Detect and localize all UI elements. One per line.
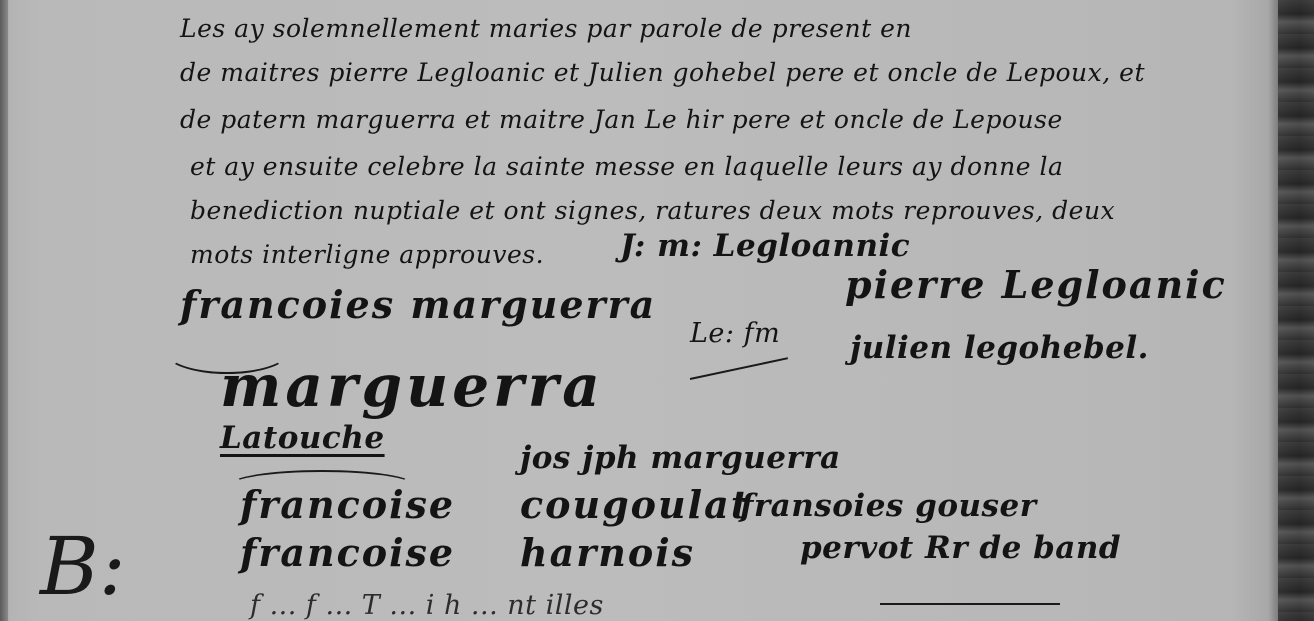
signature-harnois: harnois: [520, 530, 695, 575]
record-line-6: mots interligne approuves.: [190, 240, 544, 269]
signature-pierre-legloanic: pierre Legloanic: [845, 262, 1227, 307]
signature-jos-marguerra: jos jph marguerra: [520, 440, 841, 476]
signature-pervot: pervot Rr de band: [800, 530, 1121, 566]
signature-cougoulat: cougoulat: [520, 482, 750, 527]
signature-latouche: Latouche: [220, 420, 385, 456]
signature-julien-legohebel: julien legohebel.: [850, 330, 1149, 366]
flourish-francoies: [165, 330, 289, 374]
record-line-2: de maitres pierre Legloanic et Julien go…: [180, 58, 1145, 87]
signature-fransoies-gouser: fransoies gouser: [740, 488, 1037, 524]
margin-mark: B:: [40, 520, 126, 613]
bottom-underline-stroke: [880, 603, 1060, 605]
record-line-1: Les ay solemnellement maries par parole …: [180, 14, 912, 43]
manuscript-page: Les ay solemnellement maries par parole …: [0, 0, 1314, 621]
signature-francoise-2: francoise: [240, 530, 455, 575]
record-line-3: de patern marguerra et maitre Jan Le hir…: [180, 105, 1063, 134]
cut-off-bottom-line: f ... f ... T ... i h ... nt illes: [250, 590, 604, 621]
officiant-signature: J: m: Legloannic: [620, 228, 910, 264]
page-right-torn-edge: [1278, 0, 1314, 621]
latouche-paraph: [230, 470, 414, 500]
record-line-4: et ay ensuite celebre la sainte messe en…: [190, 152, 1063, 181]
record-line-5: benediction nuptiale et ont signes, ratu…: [190, 196, 1115, 225]
monogram-paraph-stroke: [690, 357, 788, 380]
signature-francoies-marguerra: francoies marguerra: [180, 282, 656, 327]
signature-monogram: Le: fm: [690, 318, 780, 349]
page-left-binding-edge: [0, 0, 8, 621]
